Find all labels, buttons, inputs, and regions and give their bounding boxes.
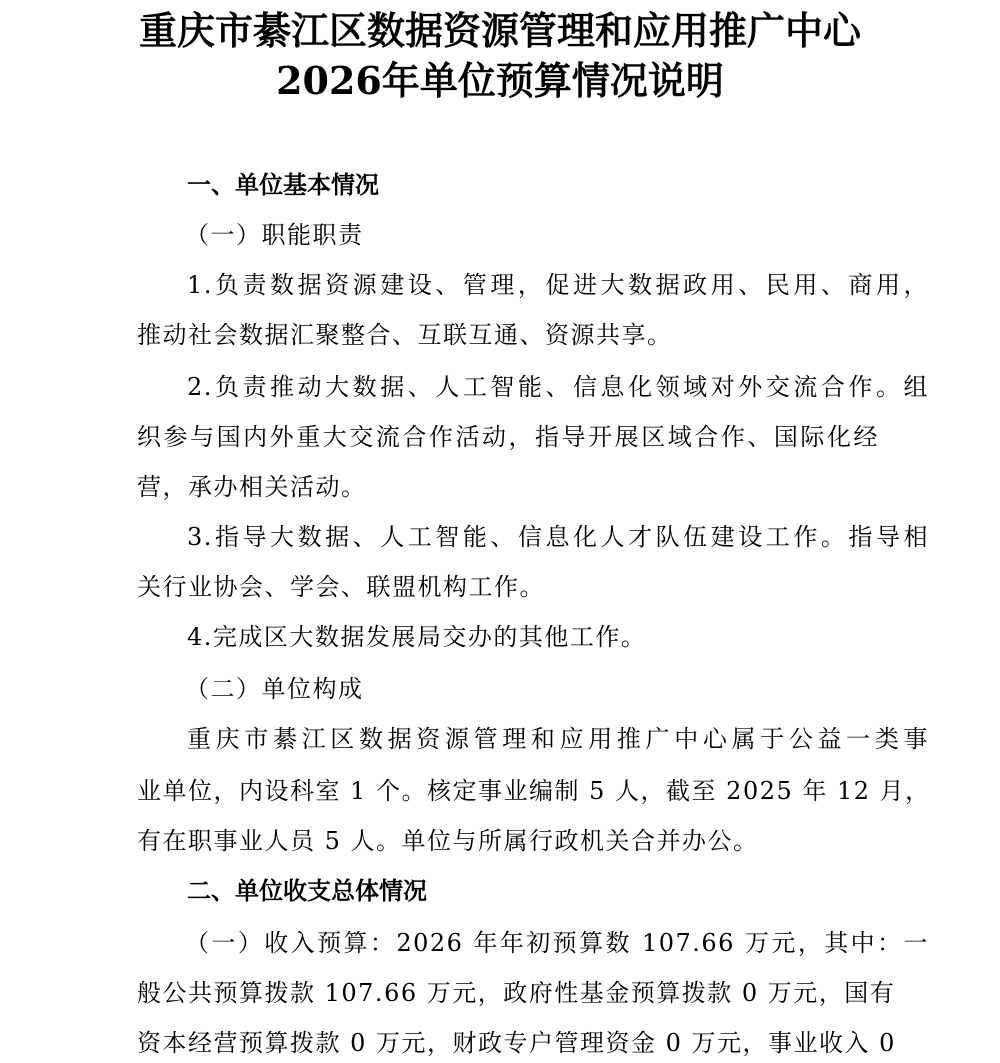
duty-line-7: 关行业协会、学会、联盟机构工作。 <box>137 572 879 602</box>
subsection-heading-duties: （一）职能职责 <box>137 220 927 250</box>
subsection-heading-composition: （二）单位构成 <box>137 674 927 704</box>
duty-line-2: 推动社会数据汇聚整合、互联互通、资源共享。 <box>137 320 879 350</box>
duty-line-3: 2.负责推动大数据、人工智能、信息化领域对外交流合作。组 <box>137 372 929 402</box>
duty-line-4: 织参与国内外重大交流合作活动，指导开展区域合作、国际化经 <box>137 422 879 452</box>
duty-line-8: 4.完成区大数据发展局交办的其他工作。 <box>137 622 929 652</box>
document-title-line1: 重庆市綦江区数据资源管理和应用推广中心 <box>0 8 1000 54</box>
composition-line-3: 有在职事业人员 5 人。单位与所属行政机关合并办公。 <box>137 826 879 856</box>
section-heading-basic-info: 一、单位基本情况 <box>137 170 929 200</box>
duty-line-5: 营，承办相关活动。 <box>137 472 879 502</box>
revenue-line-3: 资本经营预算拨款 0 万元，财政专户管理资金 0 万元，事业收入 0 <box>137 1028 879 1058</box>
revenue-line-2: 般公共预算拨款 107.66 万元，政府性基金预算拨款 0 万元，国有 <box>137 978 879 1008</box>
revenue-line-1: （一）收入预算：2026 年年初预算数 107.66 万元，其中：一 <box>137 928 929 958</box>
composition-line-1: 重庆市綦江区数据资源管理和应用推广中心属于公益一类事 <box>137 724 929 754</box>
document-title-line2: 2026年单位预算情况说明 <box>0 58 1000 104</box>
duty-line-1: 1.负责数据资源建设、管理，促进大数据政用、民用、商用， <box>137 270 929 300</box>
section-heading-revenue-expenditure: 二、单位收支总体情况 <box>137 876 929 906</box>
duty-line-6: 3.指导大数据、人工智能、信息化人才队伍建设工作。指导相 <box>137 522 929 552</box>
composition-line-2: 业单位，内设科室 1 个。核定事业编制 5 人，截至 2025 年 12 月， <box>137 776 879 806</box>
